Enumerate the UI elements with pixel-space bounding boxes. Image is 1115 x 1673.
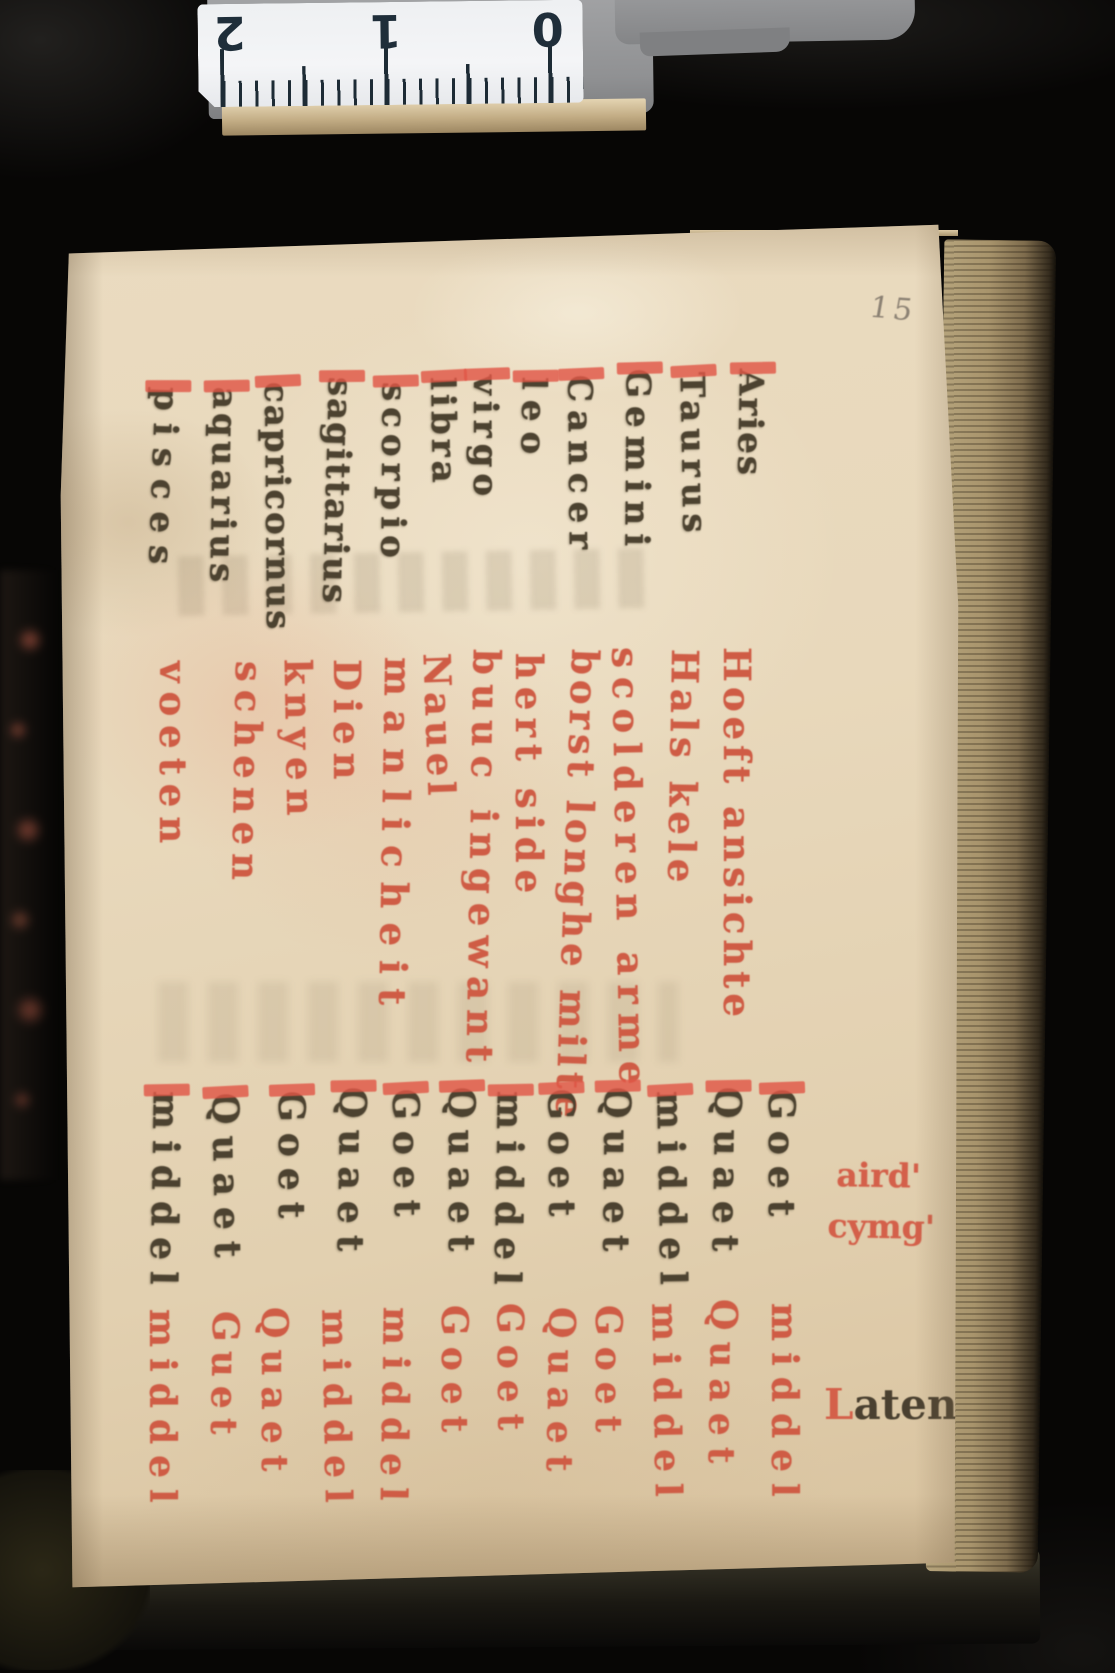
scale-ruler: 2 1 0	[197, 0, 583, 107]
bloodletting-red-word: Guet	[205, 1311, 243, 1444]
body-part-word: Hoeft ansichte	[718, 647, 755, 1022]
bloodletting-red-word: middel	[374, 1307, 414, 1512]
bloodletting-dark-word: Quaet	[206, 1093, 245, 1269]
showthrough-smudge	[178, 548, 659, 616]
manuscript-photo: 2 1 0 15 aird' cymg' Laten AriesTaurusGe…	[0, 0, 1115, 1673]
zodiac-sign-word: scorpio	[375, 382, 411, 564]
zodiac-sign-word: libra	[425, 377, 461, 487]
ruler-number: 2	[213, 6, 246, 60]
zodiac-sign-word: pisces	[143, 386, 184, 576]
facing-page-showthrough	[0, 570, 58, 1180]
ruler-number: 0	[531, 2, 564, 56]
bloodletting-red-word: middel	[766, 1303, 802, 1508]
zodiac-sign-word: sagittarius	[317, 377, 357, 606]
bloodletting-red-word: Quaet	[540, 1307, 579, 1483]
showthrough-smudge	[158, 982, 678, 1062]
zodiac-sign-word: Gemini	[619, 369, 655, 554]
bloodletting-dark-word: middel	[488, 1091, 528, 1296]
zodiac-sign-word: Taurus	[675, 372, 712, 539]
bloodletting-dark-word: middel	[651, 1091, 691, 1296]
body-part-word: schenen	[226, 661, 267, 889]
bloodletting-red-word: middel	[144, 1309, 180, 1514]
bloodletting-dark-word: Goet	[542, 1089, 579, 1228]
body-part-word: Nauel	[417, 652, 459, 800]
laten-initial: L	[824, 1380, 854, 1429]
zodiac-sign-word: aquarius	[204, 387, 241, 587]
bloodletting-dark-word: Quaet	[597, 1087, 635, 1263]
bloodletting-dark-word: Quaet	[443, 1087, 479, 1262]
folio-number: 15	[867, 291, 919, 329]
zodiac-sign-word: Aries	[732, 369, 768, 478]
zodiac-sign-word: Cancer	[562, 375, 598, 557]
bloodletting-red-word: Goet	[590, 1305, 626, 1443]
body-part-word: hert side	[510, 653, 547, 900]
bloodletting-red-word: Goet	[491, 1303, 528, 1442]
laten-label: Laten	[824, 1380, 957, 1429]
bloodletting-dark-word: Quaet	[331, 1087, 370, 1263]
zodiac-sign-word: virgo	[468, 375, 502, 502]
body-part-word: buuc ingewant	[460, 649, 504, 1072]
zodiac-sign-word: leo	[515, 377, 551, 465]
ruler-number: 1	[369, 4, 402, 58]
annotation-line: cymg'	[827, 1200, 935, 1253]
bloodletting-dark-word: Quaet	[706, 1087, 745, 1263]
zodiac-sign-word: capricornus	[259, 382, 295, 632]
annotation-line: aird'	[836, 1149, 936, 1202]
bloodletting-dark-word: Goet	[273, 1091, 309, 1229]
red-marginal-annotation: aird' cymg'	[835, 1149, 936, 1253]
body-part-word: scolderen arme	[606, 647, 651, 1094]
bloodletting-red-word: Quaet	[256, 1307, 292, 1482]
bloodletting-red-word: Goet	[436, 1305, 472, 1443]
gray-clip-edge	[640, 27, 791, 56]
body-part-word: knyen	[279, 659, 319, 824]
body-part-word: Dien	[328, 659, 365, 788]
bloodletting-dark-word: Goet	[763, 1089, 799, 1227]
manuscript-page: 15 aird' cymg' Laten AriesTaurusGeminiCa…	[58, 222, 960, 1590]
bloodletting-red-word: middel	[316, 1309, 356, 1514]
laten-rest: aten	[854, 1380, 958, 1429]
body-part-word: borst longhe milte	[550, 648, 604, 1123]
bloodletting-red-word: Quaet	[702, 1299, 741, 1475]
bloodletting-dark-word: middel	[144, 1091, 184, 1296]
bloodletting-red-word: middel	[646, 1303, 686, 1508]
body-part-word: manlicheit	[373, 657, 416, 1020]
bloodletting-dark-word: Goet	[387, 1089, 425, 1228]
body-part-word: Hals kele	[662, 649, 703, 888]
body-part-word: voeten	[154, 661, 191, 852]
